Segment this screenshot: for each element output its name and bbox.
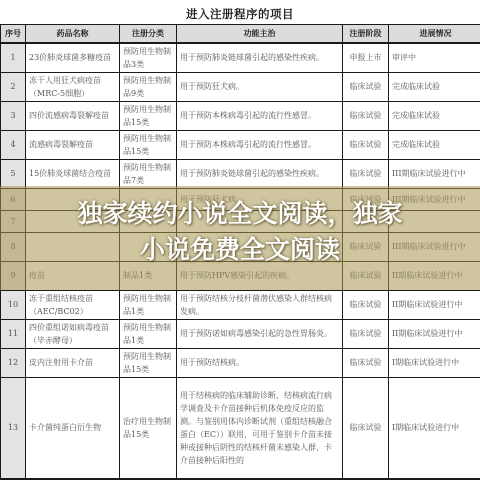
row-no: 3: [1, 101, 26, 130]
document-title: 进入注册程序的项目: [0, 6, 480, 22]
row-category: 治疗用生物制品15类: [120, 377, 177, 479]
header-name: 药品名称: [26, 25, 120, 43]
row-function: 用于预防诺如病毒感染引起的急性胃肠炎。: [177, 319, 343, 348]
row-name: 冻干人用狂犬病疫苗（MRC-5细胞）: [26, 72, 120, 101]
row-name: 冻干重组结核疫苗（AEC/BC02）: [26, 290, 120, 319]
row-no: 11: [1, 319, 26, 348]
row-stage: 临床试验: [343, 290, 389, 319]
row-name: 四价流感病毒裂解疫苗: [26, 101, 120, 130]
row-category: 预防用生物制品15类: [120, 130, 177, 159]
row-category: 预防用生物制品7类: [120, 159, 177, 188]
row-stage: 临床试验: [343, 319, 389, 348]
row-no: 4: [1, 130, 26, 159]
row-no: 5: [1, 159, 26, 188]
row-category: 预防用生物制品9类: [120, 72, 177, 101]
row-function: 用于预防本株病毒引起的流行性感冒。: [177, 101, 343, 130]
row-stage: 临床试验: [343, 159, 389, 188]
row-stage: 临床试验: [343, 348, 389, 377]
row-progress: II期临床试验进行中: [389, 290, 480, 319]
row-progress: 完成临床试验: [389, 72, 480, 101]
row-stage: 临床试验: [343, 72, 389, 101]
row-name: 23价肺炎球菌多糖疫苗: [26, 43, 120, 73]
header-progress: 进展情况: [389, 25, 480, 43]
row-function: 用于预防肺炎链球菌引起的感染性疾病。: [177, 159, 343, 188]
table-row: 11 四价重组诺如病毒疫苗（毕赤酵母） 预防用生物制品1类 用于预防诺如病毒感染…: [1, 319, 480, 348]
row-no: 1: [1, 43, 26, 73]
header-function: 功能主治: [177, 25, 343, 43]
row-category: 预防用生物制品1类: [120, 290, 177, 319]
row-progress: 审评中: [389, 43, 480, 73]
header-stage: 注册阶段: [343, 25, 389, 43]
table-row: 4 流感病毒裂解疫苗 预防用生物制品15类 用于预防本株病毒引起的流行性感冒。 …: [1, 130, 480, 159]
table-row: 10 冻干重组结核疫苗（AEC/BC02） 预防用生物制品1类 用于预防结核分枝…: [1, 290, 480, 319]
row-progress: I期临床试验进行中: [389, 377, 480, 479]
row-progress: I期临床试验进行中: [389, 348, 480, 377]
row-stage: 申报上市: [343, 43, 389, 73]
row-function: 用于预防肺炎链球菌引起的感染性疾病。: [177, 43, 343, 73]
row-name: 四价重组诺如病毒疫苗（毕赤酵母）: [26, 319, 120, 348]
row-stage: 临床试验: [343, 101, 389, 130]
row-no: 10: [1, 290, 26, 319]
row-category: 预防用生物制品15类: [120, 348, 177, 377]
row-name: 15价肺炎球菌结合疫苗: [26, 159, 120, 188]
table-row: 3 四价流感病毒裂解疫苗 预防用生物制品15类 用于预防本株病毒引起的流行性感冒…: [1, 101, 480, 130]
row-progress: II期临床试验进行中: [389, 319, 480, 348]
row-category: 预防用生物制品3类: [120, 43, 177, 73]
overlay-caption: 独家续约小说全文阅读，独家 小说免费全文阅读: [0, 196, 480, 268]
row-name: 皮内注射用卡介苗: [26, 348, 120, 377]
row-function: 用于预防结核病。: [177, 348, 343, 377]
row-no: 2: [1, 72, 26, 101]
table-header-row: 序号 药品名称 注册分类 功能主治 注册阶段 进展情况: [1, 25, 480, 43]
row-function: 用于结核病的临床辅助诊断、结核病流行病学调查及卡介苗接种后机体免疫反应的监测。与…: [177, 377, 343, 479]
table-row: 5 15价肺炎球菌结合疫苗 预防用生物制品7类 用于预防肺炎链球菌引起的感染性疾…: [1, 159, 480, 188]
row-stage: 临床试验: [343, 377, 389, 479]
row-progress: III期临床试验进行中: [389, 159, 480, 188]
row-name: 流感病毒裂解疫苗: [26, 130, 120, 159]
row-progress: 完成临床试验: [389, 101, 480, 130]
row-function: 用于预防结核分枝杆菌潜伏感染人群结核病发病。: [177, 290, 343, 319]
table-row: 2 冻干人用狂犬病疫苗（MRC-5细胞） 预防用生物制品9类 用于预防狂犬病。 …: [1, 72, 480, 101]
row-no: 13: [1, 377, 26, 479]
header-category: 注册分类: [120, 25, 177, 43]
header-no: 序号: [1, 25, 26, 43]
table-row: 12 皮内注射用卡介苗 预防用生物制品15类 用于预防结核病。 临床试验 I期临…: [1, 348, 480, 377]
row-progress: 完成临床试验: [389, 130, 480, 159]
row-category: 预防用生物制品1类: [120, 319, 177, 348]
row-function: 用于预防本株病毒引起的流行性感冒。: [177, 130, 343, 159]
row-name: 卡介菌纯蛋白衍生物: [26, 377, 120, 479]
table-row: 13 卡介菌纯蛋白衍生物 治疗用生物制品15类 用于结核病的临床辅助诊断、结核病…: [1, 377, 480, 479]
row-no: 12: [1, 348, 26, 377]
table-row: 1 23价肺炎球菌多糖疫苗 预防用生物制品3类 用于预防肺炎链球菌引起的感染性疾…: [1, 43, 480, 73]
row-stage: 临床试验: [343, 130, 389, 159]
overlay-line-1: 独家续约小说全文阅读，独家: [0, 196, 480, 232]
overlay-line-2: 小说免费全文阅读: [0, 232, 480, 268]
row-function: 用于预防狂犬病。: [177, 72, 343, 101]
row-category: 预防用生物制品15类: [120, 101, 177, 130]
